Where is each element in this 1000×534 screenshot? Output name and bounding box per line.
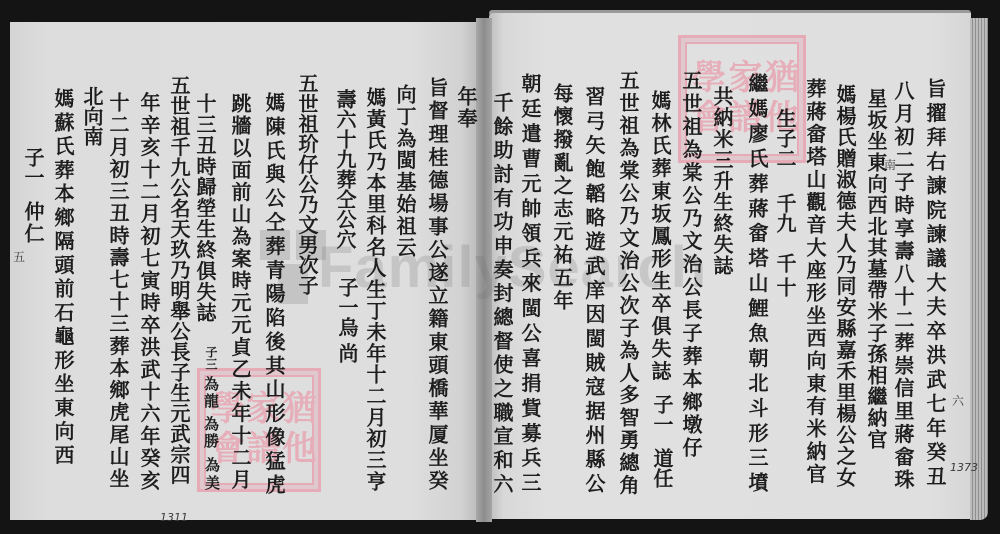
column-annotation: 南 (884, 156, 896, 173)
text-column-r7: 繼媽廖氏葬蔣畲塔山鯉魚朝北斗形三墳 (746, 73, 768, 497)
text-column-l13: 北向南 (81, 86, 103, 146)
child-name: 烏尚 (336, 317, 358, 369)
child-count: 子一 (22, 147, 44, 187)
child-count: 子三 (204, 346, 218, 370)
text-column-r11: 五世祖為棠公乃文治公次子為人多智勇總角 (617, 70, 639, 497)
text-column-r1: 旨擢拜右諫院諫議大夫卒洪武七年癸丑 (924, 78, 946, 490)
text-column-l11: 年辛亥十二月初七寅時卒洪武十六年癸亥 (138, 92, 160, 492)
child-name: 仲仁 (22, 201, 44, 245)
text-column-l9: 十三丑時歸塋生終俱失誌 (194, 93, 216, 323)
text-column-l1: 年奉 (455, 86, 477, 130)
text-column-r8: 共納米三升生終失誌 (711, 86, 733, 276)
page-number: 五 (13, 248, 25, 265)
text-column-r15: 千餘助討有功申奏封總督使之職宣和六 (491, 92, 513, 497)
text-column-l12: 十二月初三丑時壽七十三葬本鄉虎尾山坐 (107, 92, 129, 490)
text-column-r12: 習弓矢飽韜略遊武庠因閩賊寇据州縣公 (583, 86, 605, 497)
text-column-l3: 向丁為閩基始祖云 (394, 84, 416, 259)
child-name: 為美 (203, 457, 220, 493)
text-column-r2: 八月初二子時享壽八十二葬崇信里蔣畲珠 (892, 80, 914, 492)
text-column-r5: 葬蔣畲塔山觀音大座形坐西向東有米納官 (804, 78, 826, 486)
text-column-l8: 跳牆以面前山為案時元元貞乙未年十二月 (229, 93, 251, 491)
year-annotation: 1373 (950, 461, 978, 474)
text-column-l4: 媽黃氏乃本里科名人生丁未年十二月初三亨 (364, 87, 386, 492)
child-count: 子一 (336, 277, 358, 317)
text-column-r9: 五世祖為棠公乃文治公長子葬本鄉墩仔 (680, 70, 702, 460)
text-column-r13: 每懷撥亂之志元祐五年 (551, 83, 573, 313)
child-name: 為勝 (202, 416, 219, 450)
text-column-r10: 媽林氏葬東坂鳳形生卒俱失誌 (649, 90, 671, 383)
child-count: 子一 (651, 394, 673, 434)
child-name: 千十 (774, 253, 796, 301)
year-annotation: 1311 (160, 511, 188, 524)
text-column-r6: 生子二 (774, 108, 796, 168)
text-column-l7: 媽陳氏與公仝葬青陽陷後其山形像猛虎 (263, 92, 285, 498)
text-column-r3: 星坂坐東向西北其墓帶米子孫相繼納官 (865, 88, 887, 450)
text-column-r4: 媽楊氏贈淑德夫人乃同安縣嘉禾里楊公之女 (834, 84, 856, 488)
text-column-l10: 五世祖千九公名天玖乃明舉公長子生元武宗四 (168, 75, 190, 485)
text-column-l6: 五世祖玠仔公乃文男次子 (296, 73, 318, 295)
text-column-l5: 壽六十九葬仝公穴 (334, 89, 356, 249)
child-name: 千九 (774, 193, 796, 233)
text-column-l2: 旨督理桂德場事公遂立籍東頭橋華厦坐癸 (426, 77, 448, 493)
child-name: 道任 (651, 448, 673, 488)
child-name: 為龍 (202, 376, 219, 410)
column-annotation: 六 (952, 392, 964, 409)
text-column-r14: 朝廷遣曹元帥領兵來閩公喜捐貲募兵三 (519, 73, 541, 497)
text-column-l14: 媽蘇氏葬本鄉隔頭前石龜形坐東向西 (52, 88, 74, 468)
page-edge-stack (970, 18, 988, 520)
